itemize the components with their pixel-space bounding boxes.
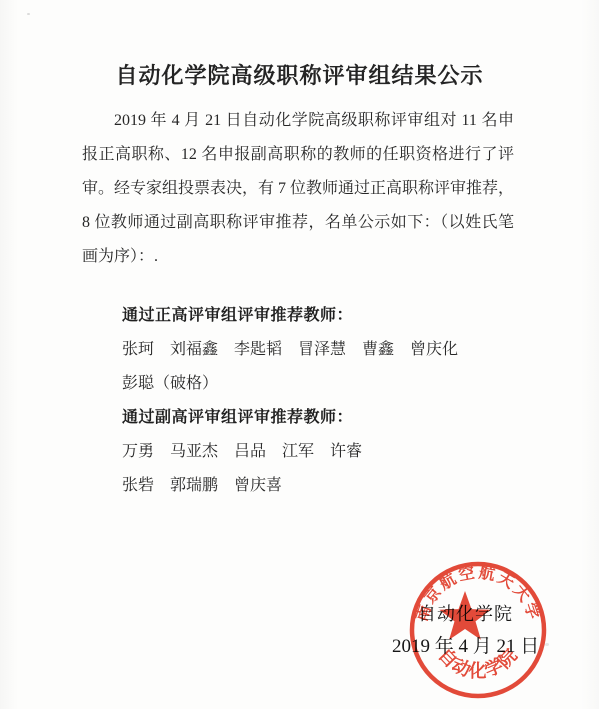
name-row: 万勇 马亚杰 吕品 江军 许睿 — [122, 435, 542, 469]
document-page: 自动化学院高级职称评审组结果公示 2019 年 4 月 21 日自动化学院高级职… — [0, 0, 599, 709]
paragraph-line: 画为序）：. — [82, 240, 514, 274]
page-title: 自动化学院高级职称评审组结果公示 — [0, 59, 599, 90]
section-heading-associate-professor: 通过副高评审组评审推荐教师： — [122, 401, 542, 435]
official-seal: 南京航空航天大学 自动化学院 — [403, 555, 553, 705]
section-heading-full-professor: 通过正高评审组评审推荐教师： — [122, 299, 542, 333]
scan-speck — [27, 13, 30, 15]
paragraph-line: 报正高职称、12 名申报副高职称的教师的任职资格进行了评 — [82, 138, 514, 172]
name-row: 张珂 刘福鑫 李匙韬 冒泽慧 曹鑫 曾庆化 — [122, 333, 542, 367]
name-row: 张砦 郭瑞鹏 曾庆喜 — [122, 469, 542, 503]
recommendation-lists: 通过正高评审组评审推荐教师： 张珂 刘福鑫 李匙韬 冒泽慧 曹鑫 曾庆化 彭聪（… — [122, 299, 542, 503]
paragraph-line: 8 位教师通过副高职称评审推荐，名单公示如下：（以姓氏笔 — [82, 206, 514, 240]
scan-speck — [545, 643, 549, 646]
name-row: 彭聪（破格） — [122, 367, 542, 401]
seal-department-arc-text: 自动化学院 — [434, 644, 521, 681]
paragraph-line: 审。经专家组投票表决，有 7 位教师通过正高职称评审推荐， — [82, 172, 514, 206]
paragraph-line: 2019 年 4 月 21 日自动化学院高级职称评审组对 11 名申 — [82, 104, 514, 138]
star-icon — [439, 591, 490, 640]
body-paragraph: 2019 年 4 月 21 日自动化学院高级职称评审组对 11 名申 报正高职称… — [82, 104, 514, 274]
